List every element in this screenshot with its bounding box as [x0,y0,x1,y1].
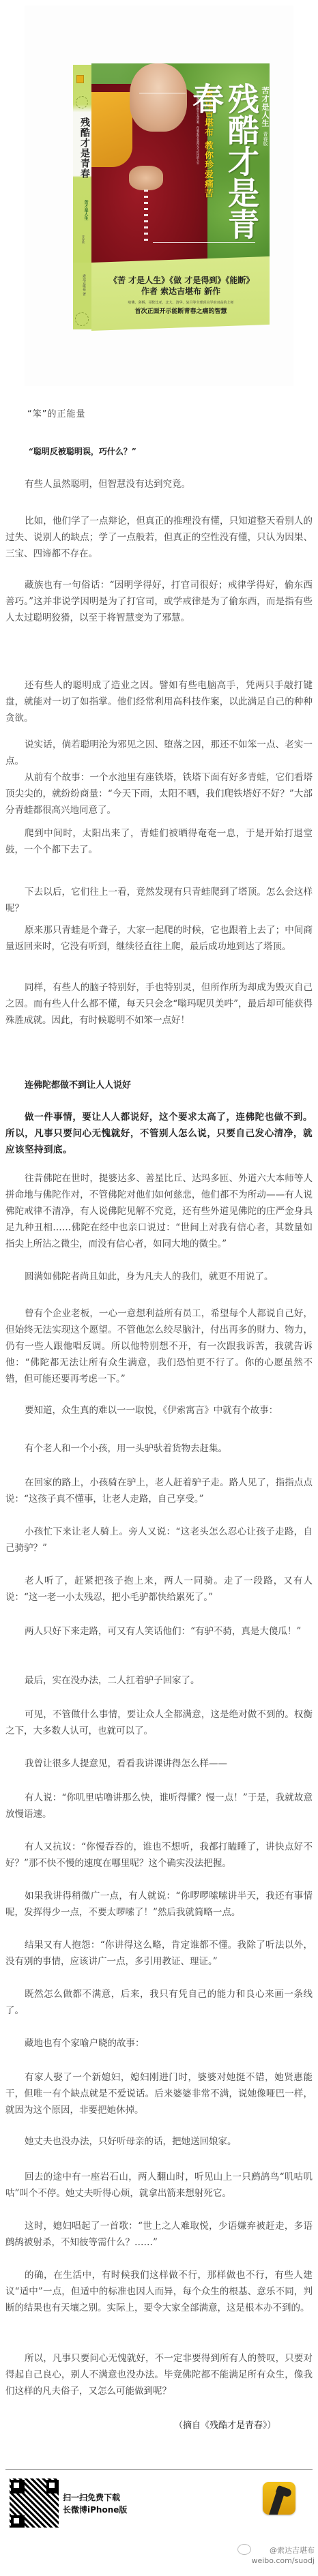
paragraph: 曾有个企业老板，一心一意想利益所有员工，希望每个人都说自己好，但始终无法实现这个… [5,1305,313,1387]
bold-paragraph: 做一件事情，要让人人都说好，这个要求太高了，连佛陀也做不到。所以，凡事只要问心无… [5,1109,313,1158]
paragraph: 她丈夫也没办法，只好听母亲的话，把她送回娘家。 [5,2133,313,2150]
paragraph: 在回家的路上，小孩骑在驴上，老人赶着驴子走。路人见了，指指点点说：“这孩子真不懂… [5,1475,313,1507]
water-drops-shape [144,190,148,244]
paragraph: 老人听了，赶紧把孩子抱上来，两人一同骑。走了一段路，又有人说：“这一老一小太残忍… [5,1573,313,1605]
paragraph: 说实话，倘若聪明沦为邪见之因、堕落之因，那还不如笨一点、老实一点。 [5,737,313,769]
paragraph: 两人只好下来走路，可又有人笑话他们：“有驴不骑，真是大傻瓜！” [5,1623,313,1640]
band-line-4: 首次正面开示能断青春之痛的智慧 [109,308,252,316]
qr-line-2: 长微博iPhone版 [63,2504,127,2516]
book-front-cover: 如果能够坦然面对生命苦难，你就必然会获得无与伦比的人生 索达吉堪布 教你珍爱痛苦… [91,63,270,264]
section-title-1: “笨”的正能量 [27,406,85,419]
glasses-shape [139,93,186,104]
paragraph: 同样，有些人的脑子特别好，手也特别灵，但所作所为却成为毁灭自己之因。而有些人什么… [5,979,313,1028]
paragraph: 如果我讲得稍微广一点，有人就说：“你啰啰嗦嗦讲半天，我还有事情呢，发挥得少一点，… [5,1888,313,1921]
paragraph: 既然怎么做都不满意，后来，我只有凭自己的能力和良心来画一条线了。 [5,1986,313,2019]
paragraph: 原来那只青蛙是个聋子，大家一起爬的时候，它也跟着上去了；中间商量返回来时，它没有… [5,922,313,955]
weibo-handle: @索达吉堪布 [235,2545,315,2556]
emblem-icon [76,96,88,108]
section-title-2: 连佛陀都做不到让人人说好 [25,1078,131,1091]
paragraph: 有个老人和一个小孩，用一头驴驮着货物去赶集。 [5,1440,313,1457]
paragraph: 有些人虽然聪明，但智慧没有达到究竟。 [5,476,313,492]
cover-series: 苦才是人生 [261,87,269,128]
weibo-url: weibo.com/suodj [235,2556,315,2566]
paragraph: 结果又有人抱怨：“你讲得这么略，肯定谁都不懂。我除了听法以外，没有别的事情，应该… [5,1937,313,1970]
paragraph: 要知道，众生真的难以一一取悦，《伊索寓言》中就有个故事： [5,1402,313,1419]
qr-caption: 扫一扫免费下载 长微博iPhone版 [63,2491,127,2516]
paragraph: 藏地也有个家喻户晓的故事： [5,2035,313,2052]
band-line-1: 《苦 才是人生》《做 才是得到》《能断》 [109,276,252,285]
paragraph: 最后，实在没办法，二人扛着驴子回家了。 [5,1672,313,1689]
cover-edition: 青春版 [261,132,269,146]
paragraph: 有人说：“你叽里咕噜讲那么快，谁听得懂？慢一点！”于是，我就故意放慢语速。 [5,1790,313,1822]
band-emblem-icon [75,312,89,326]
paragraph: 有人又抗议：“你慢吞吞的，谁也不想听，我都打瞌睡了，讲快点好不好？”那不快不慢的… [5,1839,313,1871]
cover-title: 残酷才是青春 [220,83,259,264]
footer-divider [5,2469,313,2470]
section-subhead-1: “聪明反被聪明误，巧什么？” [29,445,136,457]
qr-line-1: 扫一扫免费下载 [63,2491,127,2504]
paragraph: 回去的途中有一座岩石山，两人翻山时，听见山上一只鹧鸪鸟“叽咕叽咕”叫个不停。她丈… [5,2169,313,2202]
band-line-2: 作者 索达吉堪布 新作 [109,286,252,296]
qr-code-icon[interactable] [8,2477,60,2529]
paragraph: 的确，在生活中，有时候我们这样做不行，那样做也不行，有些人建议“适中”一点，但适… [5,2267,313,2316]
band-spine-author: 索达吉堪布 著 [76,274,86,296]
paragraph: 可见，不管做什么事情，要让众人全都满意，这是绝对做不到的。权衡之下，大多数人认可… [5,1706,313,1739]
spine-title: 残酷才是青春 [75,117,90,179]
paragraph: 小孩忙下来让老人骑上。旁人又说：“这老头怎么忍心让孩子走路，自己骑驴？” [5,1524,313,1556]
spine-edition: 青春版 [78,235,85,243]
paragraph: 藏族也有一句俗话：“因明学得好，打官司很好；戒律学得好，偷东西善巧。”这并非说学… [5,577,313,626]
paragraph: 往昔佛陀在世时，提婆达多、善星比丘、达玛多匝、外道六大本师等人拼命地与佛陀作对，… [5,1170,313,1252]
weibo-watermark: @索达吉堪布 weibo.com/suodj [235,2545,315,2566]
paragraph: 下去以后，它们往上一看，竟然发现有只青蛙爬到了塔顶。怎么会这样呢？ [5,884,313,917]
paragraph: 有家人娶了一个新媳妇，媳妇刚进门时，婆婆对她挺不错，她贤惠能干，但唯一有个缺点就… [5,2069,313,2118]
spine-series: 苦才是人生 [77,200,88,220]
paragraph: 爬到中间时，太阳出来了，青蛙们被晒得奄奄一息，于是开始打退堂鼓，一个个都下去了。 [5,825,313,858]
source-citation: （摘自《残酷才是青春》） [174,2418,276,2431]
hand-shape [129,166,163,190]
paragraph: 这时，媳妇唱起了一首歌：“世上之人难取悦，少语嫌弃被赶走，多语鹧鸪被射杀，不知彼… [5,2218,313,2251]
publisher-badge-icon [76,75,84,83]
band-line-3: 哈佛、剑桥、哥伦比亚、北大、清华、复旦等全球顶尖学府双高的上师 [109,301,252,305]
paragraph: 还有些人的聪明成了造业之因。譬如有些电脑高手，凭两只手敲打键盘，就能对一切了如指… [5,677,313,726]
paragraph: 圆满如佛陀者尚且如此，身为凡夫人的我们，就更不用说了。 [5,1269,313,1285]
paragraph: 我曾让很多人提意见，看看我讲课讲得怎么样—— [5,1756,313,1772]
paragraph: 从前有个故事：一个水池里有座铁塔，铁塔下面有好多青蛙，它们看塔顶尖尖的，就纷纷商… [5,769,313,818]
paragraph: 所以，凡事只要问心无愧就好，不一定非要得到所有人的赞叹，只要对得起自己良心，别人… [5,2350,313,2399]
robe-yellow-shape [91,92,132,167]
giraffe-app-icon[interactable] [263,2482,295,2515]
paragraph: 比如，他们学了一点辩论，但真正的推理没有懂，只知道整天看别人的过失、说别人的缺点… [5,513,313,562]
